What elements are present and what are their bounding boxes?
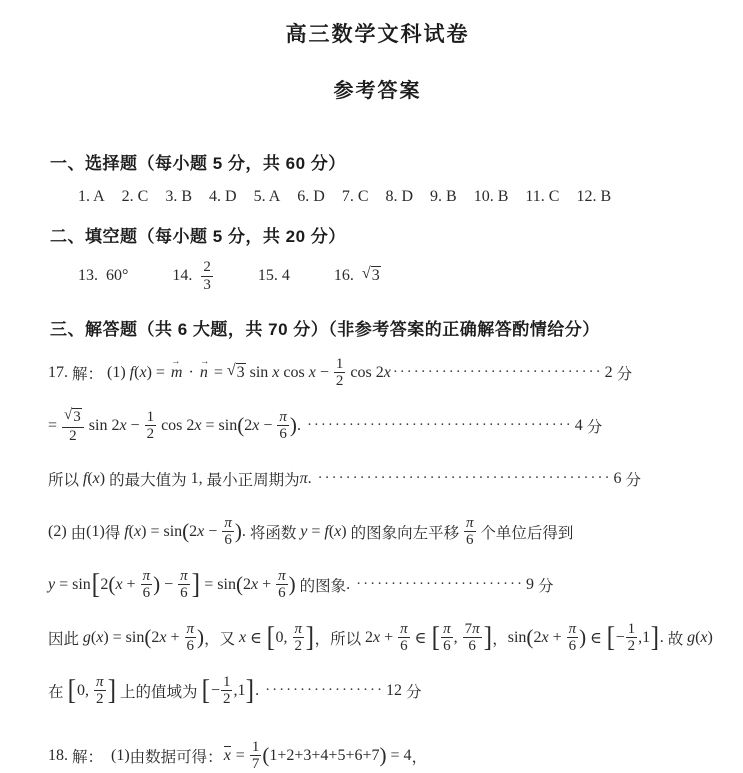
- math-it: x: [252, 417, 259, 435]
- math-fraction: 23: [201, 259, 213, 292]
- math-txt: 分: [406, 680, 422, 702]
- section-solve-heading: 三、解答题（共 6 大题，共 70 分）（非参考答案的正确解答酌情给分）: [50, 315, 707, 340]
- math-rm: 2: [203, 259, 211, 275]
- fraction-numerator: π: [94, 674, 106, 691]
- math-bracket: (: [526, 629, 533, 647]
- choice-answer: 9. B: [430, 188, 457, 206]
- math-rm: 18.: [48, 747, 72, 765]
- fraction-denominator: 2: [67, 428, 79, 444]
- math-it: g: [83, 629, 91, 647]
- math-it: x: [96, 629, 103, 647]
- math-it: π: [569, 621, 577, 637]
- math-txt: 分: [538, 574, 554, 596]
- math-it: x: [272, 364, 279, 382]
- math-bracket: ): [235, 523, 242, 541]
- math-rm: cos: [279, 364, 308, 382]
- math-rm: (2): [48, 523, 71, 541]
- fill-answer: 14. 23: [172, 259, 214, 292]
- choice-answers-row: 1. A2. C3. B4. D5. A6. D7. C8. D9. B10. …: [78, 188, 707, 206]
- math-rm: −: [316, 364, 333, 382]
- math-rm: = sin: [200, 576, 236, 594]
- math-rm: cos 2: [157, 417, 194, 435]
- math-rm: −: [204, 523, 221, 541]
- math-rm: .: [297, 417, 305, 435]
- math-rm: .: [308, 470, 316, 488]
- math-it: π: [466, 515, 474, 531]
- math-rm: = sin: [55, 576, 91, 594]
- fraction-denominator: 7: [250, 756, 262, 772]
- math-txt: 的最大值为: [109, 468, 187, 490]
- math-bracket: [: [91, 572, 99, 596]
- math-rm: −: [127, 417, 144, 435]
- math-rm: −: [160, 576, 177, 594]
- math-it: x: [119, 417, 126, 435]
- math-rm: 1: [336, 356, 344, 372]
- radicand: 3: [236, 363, 246, 382]
- choice-answer: 3. B: [165, 188, 192, 206]
- fraction-denominator: 6: [277, 426, 289, 442]
- math-txt: 最小正周期为: [207, 468, 300, 490]
- math-fraction: π6: [178, 568, 190, 601]
- math-rm: 1: [628, 621, 636, 637]
- math-txt: 在: [48, 680, 67, 702]
- math-it: x: [139, 364, 146, 382]
- math-bracket: ]: [246, 678, 254, 702]
- math-rm: 6: [278, 585, 286, 601]
- math-sqrt: √3: [64, 408, 82, 426]
- math-rm: 9: [526, 576, 538, 594]
- math-bracket: (: [236, 576, 243, 594]
- math-bracket: (: [262, 747, 269, 765]
- math-fraction: 12: [145, 409, 157, 442]
- math-rm: 6: [468, 638, 476, 654]
- choice-answer: 6. D: [297, 188, 325, 206]
- math-it: π: [472, 621, 480, 637]
- math-txt: 分: [625, 468, 641, 490]
- math-fraction: π6: [222, 515, 234, 548]
- math-txt: 故: [668, 627, 687, 649]
- math-rm: 6: [279, 426, 287, 442]
- radical-sign-icon: √: [362, 266, 371, 283]
- math-bracket: ]: [651, 625, 659, 649]
- math-bracket: [: [266, 625, 274, 649]
- math-rm: 6: [613, 470, 625, 488]
- math-dots: ························: [356, 576, 524, 593]
- radical-sign-icon: √: [64, 408, 72, 424]
- math-rm: 2: [295, 638, 303, 654]
- fraction-numerator: π: [441, 621, 453, 638]
- radical-sign-icon: √: [227, 363, 236, 380]
- choice-answer: 5. A: [254, 188, 281, 206]
- math-fraction: √32: [62, 407, 84, 443]
- math-txt: 上的值域为: [116, 680, 201, 702]
- math-it: x: [197, 523, 204, 541]
- math-it: π: [443, 621, 451, 637]
- math-bracket: [: [202, 678, 210, 702]
- fraction-denominator: 2: [94, 691, 106, 707]
- math-bracket: ]: [191, 572, 199, 596]
- answer-sheet-page: 高三数学文科试卷 参考答案 一、选择题（每小题 5 分，共 60 分） 1. A…: [0, 0, 743, 773]
- math-it: x: [134, 523, 141, 541]
- math-rm: +: [258, 576, 275, 594]
- math-dots: ·················: [265, 682, 384, 699]
- math-it: x: [239, 629, 246, 647]
- fill-answer: 16. √3: [334, 266, 381, 285]
- math-it: π: [96, 674, 104, 690]
- fraction-numerator: π: [141, 568, 153, 585]
- math-rm: (1): [86, 523, 105, 541]
- fraction-denominator: 6: [466, 638, 478, 654]
- math-rm: = sin: [202, 417, 238, 435]
- fraction-denominator: 6: [185, 638, 197, 654]
- choice-answer: 4. D: [209, 188, 237, 206]
- math-it: x: [700, 629, 707, 647]
- choice-answer: 12. B: [576, 188, 611, 206]
- math-rm: 6: [443, 638, 451, 654]
- fraction-denominator: 6: [464, 532, 476, 548]
- math-fraction: π6: [141, 568, 153, 601]
- math-rm: 2: [96, 691, 104, 707]
- math-it: π: [187, 621, 195, 637]
- page-title: 高三数学文科试卷: [48, 10, 707, 48]
- fraction-numerator: π: [398, 621, 410, 638]
- fraction-numerator: 2: [201, 259, 213, 276]
- math-rm: 0,: [77, 682, 93, 700]
- math-it: g: [687, 629, 695, 647]
- math-fraction: 12: [626, 621, 638, 654]
- math-it: x: [334, 523, 341, 541]
- math-rm: −: [259, 417, 276, 435]
- math-txt: 个单位后得到: [477, 521, 574, 543]
- math-rm: 6: [143, 585, 151, 601]
- math-fraction: 12: [334, 356, 346, 389]
- vector-arrow-icon: →: [171, 357, 180, 367]
- fraction-numerator: π: [178, 568, 190, 585]
- math-rm: sin: [508, 629, 527, 647]
- fraction-numerator: 1: [221, 674, 233, 691]
- fraction-denominator: 3: [201, 277, 213, 293]
- math-rm: 1: [223, 674, 231, 690]
- math-txt: 分: [587, 415, 603, 437]
- math-rm: 1+2+3+4+5+6+7: [269, 747, 379, 765]
- math-it: y: [48, 576, 55, 594]
- vector-arrow-icon: →: [200, 357, 209, 367]
- math-it: x: [251, 576, 258, 594]
- math-rm: 6: [180, 585, 188, 601]
- math-rm: ∈: [246, 628, 266, 648]
- math-rm: = 4: [387, 747, 412, 765]
- math-dots: ······························: [393, 364, 603, 381]
- fraction-numerator: π: [567, 621, 579, 638]
- math-bracket: ): [197, 629, 204, 647]
- math-txt: 的图象向左平移: [351, 521, 463, 543]
- math-bracket: ): [290, 417, 297, 435]
- math-rm: (1): [103, 364, 130, 382]
- math-txt: 得: [105, 521, 124, 543]
- math-rm: −: [211, 682, 220, 700]
- math-it: x: [93, 470, 100, 488]
- math-fraction: π6: [185, 621, 197, 654]
- fraction-numerator: 1: [626, 621, 638, 638]
- math-rm: ): [100, 470, 109, 488]
- math-rm: ): [341, 523, 350, 541]
- math-txt: ，所以: [315, 627, 365, 649]
- fill-answers-row: 13. 60°14. 2315. 416. √3: [78, 253, 707, 299]
- math-rm: sin 2: [85, 417, 120, 435]
- fill-answer: 13. 60°: [78, 267, 128, 285]
- math-rm: 16.: [334, 267, 362, 285]
- math-txt: ，又: [204, 627, 239, 649]
- math-bracket: ]: [483, 625, 491, 649]
- choice-answer: 10. B: [474, 188, 509, 206]
- math-dots: ········································…: [318, 470, 612, 487]
- math-fraction: 7π6: [463, 621, 482, 654]
- choice-answer: 2. C: [122, 188, 149, 206]
- math-rm: ,1: [233, 682, 245, 700]
- math-rm: +: [167, 629, 184, 647]
- math-vector: n→: [200, 364, 208, 382]
- math-fraction: 12: [221, 674, 233, 707]
- math-it: π: [224, 515, 232, 531]
- fraction-denominator: 6: [567, 638, 579, 654]
- math-rm: 2: [189, 523, 197, 541]
- math-rm: 1: [147, 409, 155, 425]
- fraction-denominator: 6: [276, 585, 288, 601]
- fraction-numerator: π: [185, 621, 197, 638]
- math-rm: ): [708, 629, 713, 647]
- math-txt: 分: [617, 362, 633, 384]
- math-rm: 2: [628, 638, 636, 654]
- math-txt: ，: [492, 627, 508, 649]
- math-overbar: x: [224, 746, 231, 765]
- choice-answer: 1. A: [78, 188, 105, 206]
- math-it: π: [400, 621, 408, 637]
- fraction-denominator: 6: [398, 638, 410, 654]
- fraction-denominator: 6: [178, 585, 190, 601]
- choice-answer: 7. C: [342, 188, 369, 206]
- math-txt: 因此: [48, 627, 83, 649]
- math-it: x: [309, 364, 316, 382]
- radicand: 3: [371, 266, 381, 285]
- math-rm: =: [210, 364, 227, 382]
- math-rm: 2: [243, 576, 251, 594]
- math-fraction: π2: [94, 674, 106, 707]
- math-rm: 15. 4: [258, 267, 290, 285]
- math-rm: 2: [605, 364, 617, 382]
- fraction-numerator: π: [293, 621, 305, 638]
- math-it: π: [295, 621, 303, 637]
- math-it: x: [541, 629, 548, 647]
- math-rm: ) = sin: [103, 629, 144, 647]
- math-it: x: [384, 364, 391, 382]
- page-subtitle: 参考答案: [48, 74, 707, 103]
- math-txt: 将函数: [250, 521, 300, 543]
- fraction-numerator: π: [277, 409, 289, 426]
- section-fill-heading: 二、填空题（每小题 5 分，共 20 分）: [50, 222, 707, 247]
- math-rm: 1: [252, 739, 260, 755]
- math-bracket: ): [380, 747, 387, 765]
- math-sqrt: √3: [227, 363, 246, 382]
- math-rm: 6: [569, 638, 577, 654]
- math-txt: 所以: [48, 468, 83, 490]
- math-rm: ·: [184, 364, 197, 382]
- fraction-denominator: 2: [221, 691, 233, 707]
- fraction-numerator: π: [222, 515, 234, 532]
- math-rm: +: [549, 629, 566, 647]
- math-rm: =: [48, 417, 61, 435]
- solution-line: 在 [0, π2] 上的值域为 [−12,1]. ···············…: [48, 670, 707, 711]
- math-rm: 7: [465, 621, 473, 637]
- math-rm: .: [242, 523, 250, 541]
- math-bracket: ): [579, 629, 586, 647]
- fraction-denominator: 6: [441, 638, 453, 654]
- math-bracket: (: [237, 417, 244, 435]
- math-rm: −: [616, 629, 625, 647]
- fraction-denominator: 2: [334, 373, 346, 389]
- math-rm: sin: [246, 364, 273, 382]
- math-it: x: [373, 629, 380, 647]
- math-bracket: ): [289, 576, 296, 594]
- math-it: π: [300, 470, 308, 488]
- solution-line: 所以 f(x) 的最大值为 1, 最小正周期为π. ··············…: [48, 458, 707, 499]
- math-fraction: π6: [277, 409, 289, 442]
- math-bracket: [: [607, 625, 615, 649]
- solution-line: 17. 解： (1) f(x) = m→ · n→ = √3 sin x cos…: [48, 352, 707, 393]
- section-choice-heading: 一、选择题（每小题 5 分，共 60 分）: [50, 149, 707, 174]
- radicand: 3: [72, 408, 82, 426]
- math-rm: 14.: [172, 267, 200, 285]
- math-txt: 解：: [72, 362, 103, 384]
- math-txt: 的图象: [296, 574, 346, 596]
- math-rm: 2: [336, 373, 344, 389]
- math-txt: ，: [412, 745, 428, 767]
- math-rm: (1): [103, 747, 130, 765]
- math-rm: =: [232, 747, 249, 765]
- math-it: x: [159, 629, 166, 647]
- math-rm: 12: [386, 682, 406, 700]
- math-bracket: (: [182, 523, 189, 541]
- math-bracket: [: [68, 678, 76, 702]
- solution-line: 18. 解： (1)由数据可得：x = 17(1+2+3+4+5+6+7) = …: [48, 735, 707, 773]
- math-rm: ) =: [147, 364, 169, 382]
- fraction-numerator: 1: [250, 739, 262, 756]
- math-rm: ) = sin: [141, 523, 182, 541]
- solution-line: = √32 sin 2x − 12 cos 2x = sin(2x − π6).…: [48, 405, 707, 446]
- math-bracket: ]: [107, 678, 115, 702]
- math-txt: 解：: [72, 745, 103, 767]
- math-rm: 7: [252, 756, 260, 772]
- math-it: y: [300, 523, 307, 541]
- math-it: x: [194, 417, 201, 435]
- math-it: π: [180, 568, 188, 584]
- math-rm: +: [123, 576, 140, 594]
- math-vector: m→: [171, 364, 183, 382]
- math-it: x: [115, 576, 122, 594]
- math-bracket: ): [153, 576, 160, 594]
- math-rm: ∈: [586, 628, 606, 648]
- math-rm: 4: [575, 417, 587, 435]
- fill-answer: 15. 4: [258, 267, 290, 285]
- choice-answer: 8. D: [385, 188, 413, 206]
- solution-line: 因此 g(x) = sin(2x + π6)，又 x ∈ [0, π2]，所以 …: [48, 617, 707, 658]
- fraction-denominator: 6: [222, 532, 234, 548]
- math-rm: 2: [365, 629, 373, 647]
- math-bracket: ]: [306, 625, 314, 649]
- math-rm: 2: [147, 426, 155, 442]
- math-rm: cos 2: [346, 364, 383, 382]
- math-rm: 2: [223, 691, 231, 707]
- math-rm: ∈: [411, 628, 431, 648]
- math-rm: 0,: [276, 629, 292, 647]
- solution-lines: 17. 解： (1) f(x) = m→ · n→ = √3 sin x cos…: [48, 352, 707, 773]
- math-rm: =: [307, 523, 324, 541]
- fraction-numerator: 1: [334, 356, 346, 373]
- math-rm: 1,: [187, 470, 207, 488]
- math-rm: .: [660, 629, 668, 647]
- math-fraction: π2: [293, 621, 305, 654]
- math-rm: .: [346, 576, 354, 594]
- math-rm: 2: [69, 428, 77, 444]
- fraction-denominator: 2: [293, 638, 305, 654]
- math-rm: 6: [224, 532, 232, 548]
- math-it: π: [143, 568, 151, 584]
- math-rm: 3: [203, 277, 211, 293]
- solution-line: (2) 由(1)得 f(x) = sin(2x − π6). 将函数 y = f…: [48, 511, 707, 552]
- fraction-denominator: 2: [145, 426, 157, 442]
- math-rm: 13. 60°: [78, 267, 128, 285]
- fraction-denominator: 2: [626, 638, 638, 654]
- math-it: π: [278, 568, 286, 584]
- math-txt: 由: [71, 521, 87, 543]
- math-txt: 由数据可得：: [130, 745, 223, 767]
- fraction-numerator: π: [276, 568, 288, 585]
- fraction-numerator: √3: [62, 407, 84, 427]
- math-sqrt: √3: [362, 266, 381, 285]
- math-bracket: (: [144, 629, 151, 647]
- math-fraction: π6: [441, 621, 453, 654]
- math-rm: 2: [100, 576, 108, 594]
- math-dots: ······································: [307, 417, 573, 434]
- math-fraction: π6: [398, 621, 410, 654]
- fraction-numerator: π: [464, 515, 476, 532]
- choice-answer: 11. C: [525, 188, 559, 206]
- fraction-denominator: 6: [141, 585, 153, 601]
- math-rm: 6: [466, 532, 474, 548]
- solution-line: y = sin[2(x + π6) − π6] = sin(2x + π6) 的…: [48, 564, 707, 605]
- fraction-numerator: 1: [145, 409, 157, 426]
- math-fraction: π6: [464, 515, 476, 548]
- math-fraction: 17: [250, 739, 262, 772]
- math-rm: 17.: [48, 364, 72, 382]
- math-rm: ,: [454, 629, 462, 647]
- math-fraction: π6: [276, 568, 288, 601]
- math-bracket: [: [431, 625, 439, 649]
- fraction-numerator: 7π: [463, 621, 482, 638]
- math-rm: ,1: [638, 629, 650, 647]
- math-rm: 6: [187, 638, 195, 654]
- math-rm: .: [255, 682, 263, 700]
- math-fraction: π6: [567, 621, 579, 654]
- math-rm: 6: [400, 638, 408, 654]
- math-it: π: [279, 409, 287, 425]
- math-rm: +: [380, 629, 397, 647]
